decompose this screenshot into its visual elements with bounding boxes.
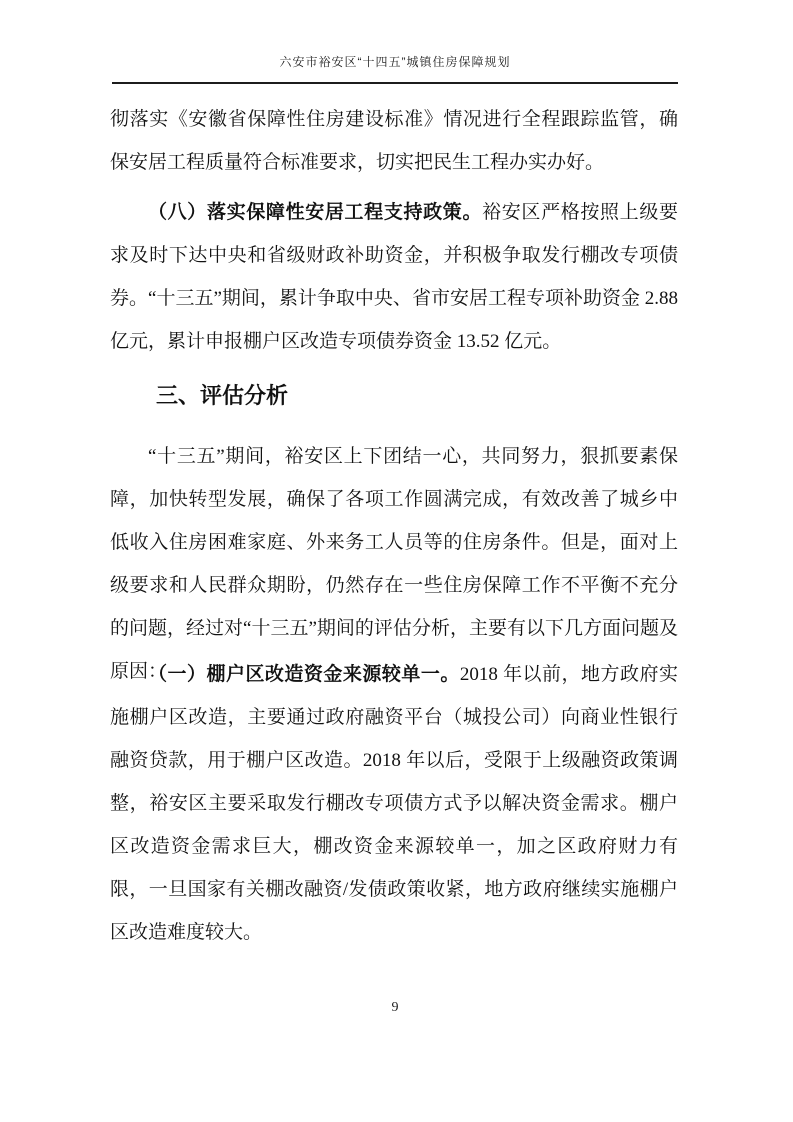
paragraph-item-1-lead: （一）棚户区改造资金来源较单一。 — [148, 664, 460, 685]
document-page: 六安市裕安区“十四五”城镇住房保障规划 彻落实《安徽省保障性住房建设标准》情况进… — [0, 0, 793, 1122]
section-heading-evaluation: 三、评估分析 — [156, 380, 288, 412]
paragraph-item-1-body: 2018 年以前，地方政府实施棚户区改造，主要通过政府融资平台（城投公司）向商业… — [110, 664, 678, 943]
paragraph-continuation: 彻落实《安徽省保障性住房建设标准》情况进行全程跟踪监管，确保安居工程质量符合标准… — [110, 98, 678, 184]
page-number: 9 — [112, 1000, 678, 1016]
header-divider-line — [112, 82, 678, 84]
paragraph-item-8-body: 裕安区严格按照上级要求及时下达中央和省级财政补助资金，并积极争取发行棚改专项债券… — [110, 202, 678, 352]
paragraph-item-1: （一）棚户区改造资金来源较单一。2018 年以前，地方政府实施棚户区改造，主要通… — [110, 653, 678, 954]
paragraph-item-8: （八）落实保障性安居工程支持政策。裕安区严格按照上级要求及时下达中央和省级财政补… — [110, 191, 678, 363]
paragraph-item-8-lead: （八）落实保障性安居工程支持政策。 — [148, 202, 482, 223]
page-header-title: 六安市裕安区“十四五”城镇住房保障规划 — [112, 53, 678, 70]
